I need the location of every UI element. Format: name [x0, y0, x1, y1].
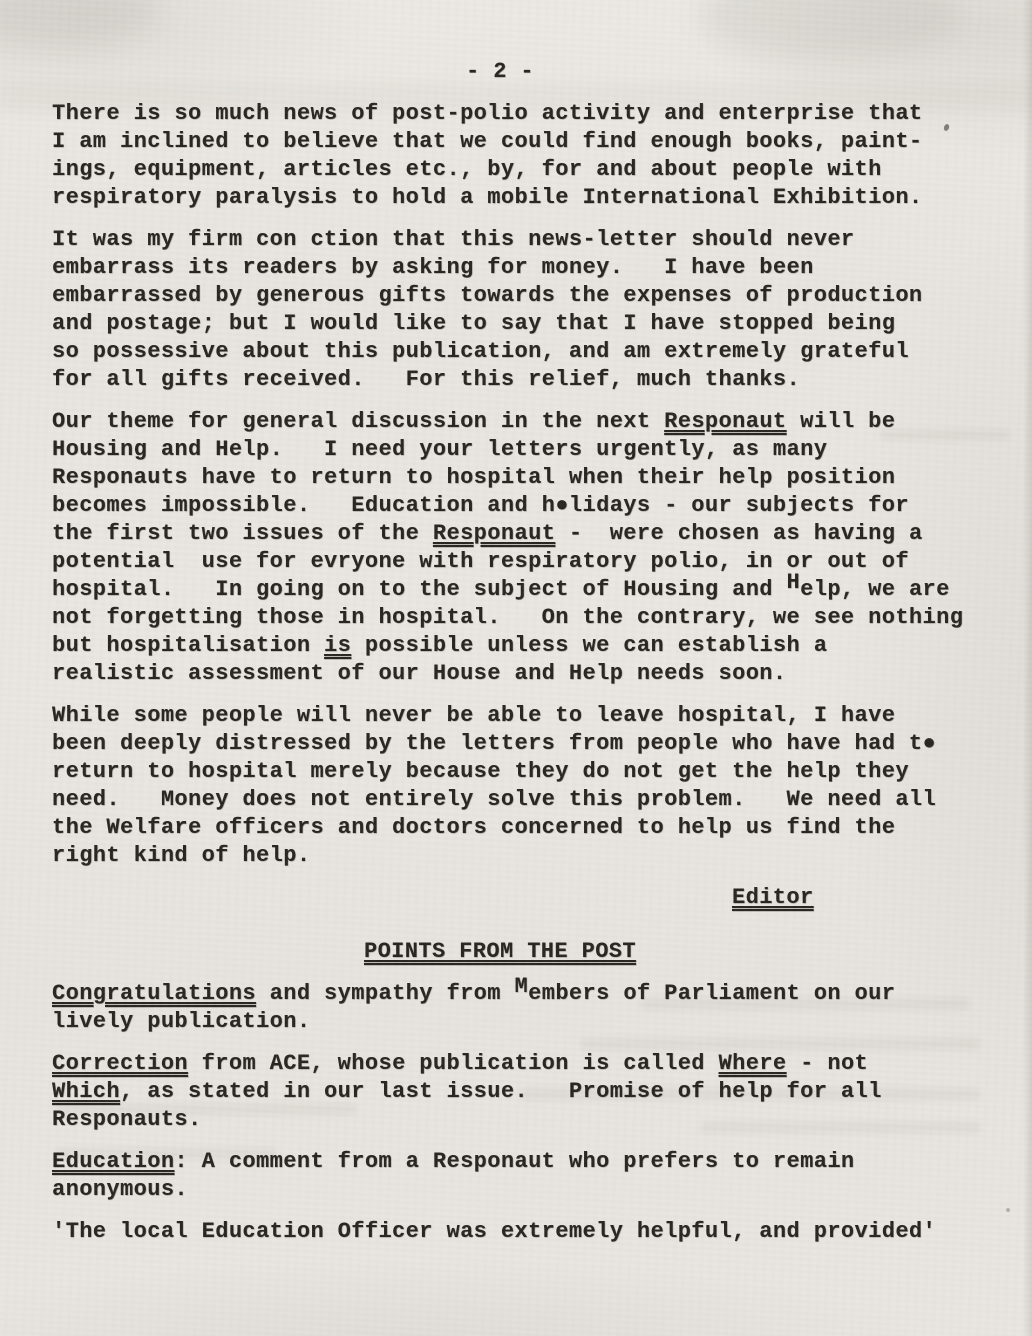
text-line: It was my firm con ction that this news-…: [52, 226, 1012, 254]
text-line: realistic assessment of our House and He…: [52, 660, 1012, 688]
text-segment: I am inclined to believe that we could f…: [52, 129, 923, 154]
para-help-need: While some people will never be able to …: [52, 702, 1012, 870]
text-line: not forgetting those in hospital. On the…: [52, 604, 1012, 632]
text-line: 'The local Education Officer was extreme…: [52, 1218, 1012, 1246]
text-segment: becomes impossible. Education and h●lida…: [52, 493, 909, 518]
editor-signature-label: Editor: [732, 885, 814, 910]
text-segment: need. Money does not entirely solve this…: [52, 787, 936, 812]
text-segment: the first two issues of the: [52, 521, 433, 546]
raised-char: H: [787, 569, 801, 597]
underlined-text: is: [324, 633, 351, 658]
text-line: I am inclined to believe that we could f…: [52, 128, 1012, 156]
text-segment: been deeply distressed by the letters fr…: [52, 731, 936, 756]
text-line: for all gifts received. For this relief,…: [52, 366, 1012, 394]
text-line: respiratory paralysis to hold a mobile I…: [52, 184, 1012, 212]
text-line: need. Money does not entirely solve this…: [52, 786, 1012, 814]
text-segment: hospital. In going on to the subject of …: [52, 577, 787, 602]
text-segment: 'The local Education Officer was extreme…: [52, 1219, 936, 1244]
text-line: right kind of help.: [52, 842, 1012, 870]
text-segment: respiratory paralysis to hold a mobile I…: [52, 185, 923, 210]
text-line: return to hospital merely because they d…: [52, 758, 1012, 786]
text-line: and postage; but I would like to say tha…: [52, 310, 1012, 338]
scanned-document-page: - 2 -There is so much news of post-polio…: [0, 0, 1032, 1336]
underlined-text: Responaut: [664, 409, 786, 434]
text-segment: anonymous.: [52, 1177, 188, 1202]
text-segment: not forgetting those in hospital. On the…: [52, 605, 963, 630]
text-segment: so possessive about this publication, an…: [52, 339, 909, 364]
text-segment: Responauts.: [52, 1107, 202, 1132]
page-number: - 2 -: [20, 58, 980, 86]
para-congratulations: Congratulations and sympathy from Member…: [52, 980, 1012, 1036]
text-segment: Housing and Help. I need your letters ur…: [52, 437, 827, 462]
text-line: Editor: [732, 884, 1012, 912]
underlined-text: Education: [52, 1149, 174, 1174]
text-line: Education: A comment from a Responaut wh…: [52, 1148, 1012, 1176]
para-quote: 'The local Education Officer was extreme…: [52, 1218, 1012, 1246]
text-flow: - 2 -There is so much news of post-polio…: [0, 0, 1032, 1336]
text-segment: potential use for evryone with respirato…: [52, 549, 909, 574]
text-line: Responauts have to return to hospital wh…: [52, 464, 1012, 492]
text-segment: the Welfare officers and doctors concern…: [52, 815, 895, 840]
text-line: Correction from ACE, whose publication i…: [52, 1050, 1012, 1078]
page-number-label: - 2 -: [466, 59, 534, 84]
underlined-text: Where: [719, 1051, 787, 1076]
text-line: - 2 -: [20, 58, 980, 86]
text-line: POINTS FROM THE POST: [20, 938, 980, 966]
para-correction: Correction from ACE, whose publication i…: [52, 1050, 1012, 1134]
text-line: Congratulations and sympathy from Member…: [52, 980, 1012, 1008]
text-line: the Welfare officers and doctors concern…: [52, 814, 1012, 842]
para-gifts: It was my firm con ction that this news-…: [52, 226, 1012, 394]
text-line: been deeply distressed by the letters fr…: [52, 730, 1012, 758]
text-line: lively publication.: [52, 1008, 1012, 1036]
text-segment: from ACE, whose publication is called: [188, 1051, 718, 1076]
underlined-text: Responaut: [433, 521, 555, 546]
text-segment: elp, we are: [800, 577, 950, 602]
text-segment: and postage; but I would like to say tha…: [52, 311, 895, 336]
para-next-theme: Our theme for general discussion in the …: [52, 408, 1012, 688]
text-segment: lively publication.: [52, 1009, 310, 1034]
text-line: so possessive about this publication, an…: [52, 338, 1012, 366]
text-line: Which, as stated in our last issue. Prom…: [52, 1078, 1012, 1106]
text-line: Responauts.: [52, 1106, 1012, 1134]
text-segment: and sympathy from: [256, 981, 514, 1006]
text-segment: for all gifts received. For this relief,…: [52, 367, 800, 392]
para-education: Education: A comment from a Responaut wh…: [52, 1148, 1012, 1204]
raised-char: M: [515, 973, 529, 1001]
text-segment: Our theme for general discussion in the …: [52, 409, 664, 434]
text-line: embarrassed by generous gifts towards th…: [52, 282, 1012, 310]
text-segment: right kind of help.: [52, 843, 310, 868]
text-segment: : A comment from a Responaut who prefers…: [174, 1149, 854, 1174]
text-line: There is so much news of post-polio acti…: [52, 100, 1012, 128]
text-segment: possible unless we can establish a: [351, 633, 827, 658]
text-segment: It was my firm con ction that this news-…: [52, 227, 855, 252]
section-heading-label: POINTS FROM THE POST: [364, 939, 636, 964]
underlined-text: Which: [52, 1079, 120, 1104]
text-line: becomes impossible. Education and h●lida…: [52, 492, 1012, 520]
text-line: Our theme for general discussion in the …: [52, 408, 1012, 436]
underlined-text: Correction: [52, 1051, 188, 1076]
text-line: Housing and Help. I need your letters ur…: [52, 436, 1012, 464]
underlined-text: Congratulations: [52, 981, 256, 1006]
section-heading: POINTS FROM THE POST: [20, 938, 980, 966]
text-line: anonymous.: [52, 1176, 1012, 1204]
text-segment: realistic assessment of our House and He…: [52, 661, 787, 686]
text-segment: While some people will never be able to …: [52, 703, 895, 728]
text-segment: will be: [787, 409, 896, 434]
text-segment: return to hospital merely because they d…: [52, 759, 909, 784]
text-line: the first two issues of the Responaut - …: [52, 520, 1012, 548]
text-segment: embers of Parliament on our: [528, 981, 895, 1006]
text-segment: There is so much news of post-polio acti…: [52, 101, 923, 126]
text-segment: embarrass its readers by asking for mone…: [52, 255, 814, 280]
text-line: embarrass its readers by asking for mone…: [52, 254, 1012, 282]
text-segment: embarrassed by generous gifts towards th…: [52, 283, 923, 308]
text-line: but hospitalisation is possible unless w…: [52, 632, 1012, 660]
text-line: ings, equipment, articles etc., by, for …: [52, 156, 1012, 184]
text-segment: Responauts have to return to hospital wh…: [52, 465, 895, 490]
text-line: While some people will never be able to …: [52, 702, 1012, 730]
text-line: potential use for evryone with respirato…: [52, 548, 1012, 576]
para-exhibition: There is so much news of post-polio acti…: [52, 100, 1012, 212]
text-segment: - not: [787, 1051, 869, 1076]
text-segment: ings, equipment, articles etc., by, for …: [52, 157, 882, 182]
text-segment: - were chosen as having a: [555, 521, 922, 546]
text-line: hospital. In going on to the subject of …: [52, 576, 1012, 604]
text-segment: , as stated in our last issue. Promise o…: [120, 1079, 882, 1104]
editor-signature: Editor: [732, 884, 1012, 912]
text-segment: but hospitalisation: [52, 633, 324, 658]
